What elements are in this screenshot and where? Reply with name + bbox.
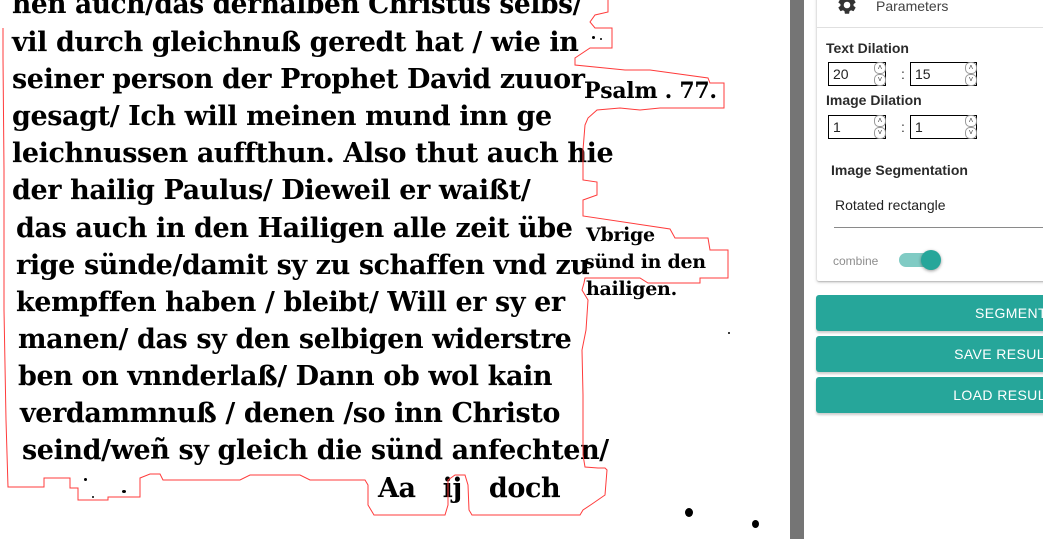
text-line: leichnussen auffthun. Also thut auch hie xyxy=(12,135,613,172)
chevron-up-icon[interactable]: ˄ xyxy=(874,62,886,74)
text-dilation-x-stepper[interactable]: ˄ ˅ xyxy=(874,62,886,86)
margin-note: Psalm . 77. xyxy=(584,78,717,104)
load-result-button[interactable]: LOAD RESULT xyxy=(816,377,1043,413)
text-line: gesagt/ Ich will meinen mund inn ge xyxy=(12,98,552,135)
gear-icon xyxy=(836,0,858,16)
parameters-header[interactable]: Parameters xyxy=(817,0,1043,28)
toggle-thumb[interactable] xyxy=(921,250,941,270)
parameters-card: Parameters Text Dilation 20 ˄ ˅ : 15 ˄ ˅… xyxy=(817,0,1043,281)
image-dilation-y-input[interactable]: 1 ˄ ˅ xyxy=(910,115,977,139)
scan-speck xyxy=(685,508,693,517)
scan-speck xyxy=(600,38,602,40)
scan-speck xyxy=(84,478,87,481)
text-line: rige sünde/damit sy zu schaffen vnd zu xyxy=(16,247,590,284)
text-dilation-label: Text Dilation xyxy=(826,40,909,56)
image-segmentation-value: Rotated rectangle xyxy=(835,197,946,213)
text-dilation-x-input[interactable]: 20 ˄ ˅ xyxy=(828,62,886,86)
text-line: ben on vnnderlaß/ Dann ob wol kain xyxy=(18,358,552,395)
text-dilation-y-input[interactable]: 15 ˄ ˅ xyxy=(910,62,977,86)
scan-speck xyxy=(752,520,759,528)
margin-note: sünd in den xyxy=(584,251,706,273)
separator: : xyxy=(901,66,905,82)
text-line: hen auch/das derhalben Christus selbs/ xyxy=(12,0,582,23)
chevron-down-icon[interactable]: ˅ xyxy=(874,74,886,86)
text-line: Aa ij doch xyxy=(378,470,560,507)
text-line: das auch in den Hailigen alle zeit übe xyxy=(16,210,573,247)
image-segmentation-label: Image Segmentation xyxy=(831,162,968,178)
scan-speck xyxy=(122,490,126,493)
image-dilation-label: Image Dilation xyxy=(826,92,922,108)
text-line: seiner person der Prophet David zuuor xyxy=(12,61,585,98)
chevron-down-icon[interactable]: ˅ xyxy=(965,127,977,139)
select-underline xyxy=(834,227,1043,228)
margin-note: Vbrige xyxy=(586,224,655,246)
scan-speck xyxy=(592,36,595,39)
scan-speck xyxy=(728,332,730,334)
chevron-up-icon[interactable]: ˄ xyxy=(965,115,977,127)
image-dilation-x-stepper[interactable]: ˄ ˅ xyxy=(874,115,886,139)
document-canvas[interactable]: hen auch/das derhalben Christus selbs/ v… xyxy=(0,0,790,539)
panel-splitter[interactable] xyxy=(790,0,804,539)
chevron-down-icon[interactable]: ˅ xyxy=(965,74,977,86)
text-line: vil durch gleichnuß geredt hat / wie in xyxy=(12,24,578,61)
image-dilation-x-input[interactable]: 1 ˄ ˅ xyxy=(828,115,886,139)
scan-speck xyxy=(92,496,94,498)
text-line: der hailig Paulus/ Dieweil er waißt/ xyxy=(12,172,530,209)
chevron-up-icon[interactable]: ˄ xyxy=(965,62,977,74)
text-line: manen/ das sy den selbigen widerstre xyxy=(18,321,571,358)
parameters-title: Parameters xyxy=(876,0,948,14)
text-dilation-y-stepper[interactable]: ˄ ˅ xyxy=(965,62,977,86)
margin-note: hailigen. xyxy=(586,278,677,300)
image-dilation-y-stepper[interactable]: ˄ ˅ xyxy=(965,115,977,139)
parameters-panel: Parameters Text Dilation 20 ˄ ˅ : 15 ˄ ˅… xyxy=(804,0,1043,539)
save-result-button[interactable]: SAVE RESULT xyxy=(816,336,1043,372)
text-line: kempffen haben / bleibt/ Will er sy er xyxy=(16,284,565,321)
text-line: verdammnuß / denen /so inn Christo xyxy=(20,395,560,432)
chevron-down-icon[interactable]: ˅ xyxy=(874,127,886,139)
combine-label: combine xyxy=(833,254,878,268)
segment-button[interactable]: SEGMENT xyxy=(816,295,1043,331)
chevron-up-icon[interactable]: ˄ xyxy=(874,115,886,127)
text-line: seind/weñ sy gleich die sünd anfechten/ xyxy=(22,432,609,469)
separator: : xyxy=(901,119,905,135)
